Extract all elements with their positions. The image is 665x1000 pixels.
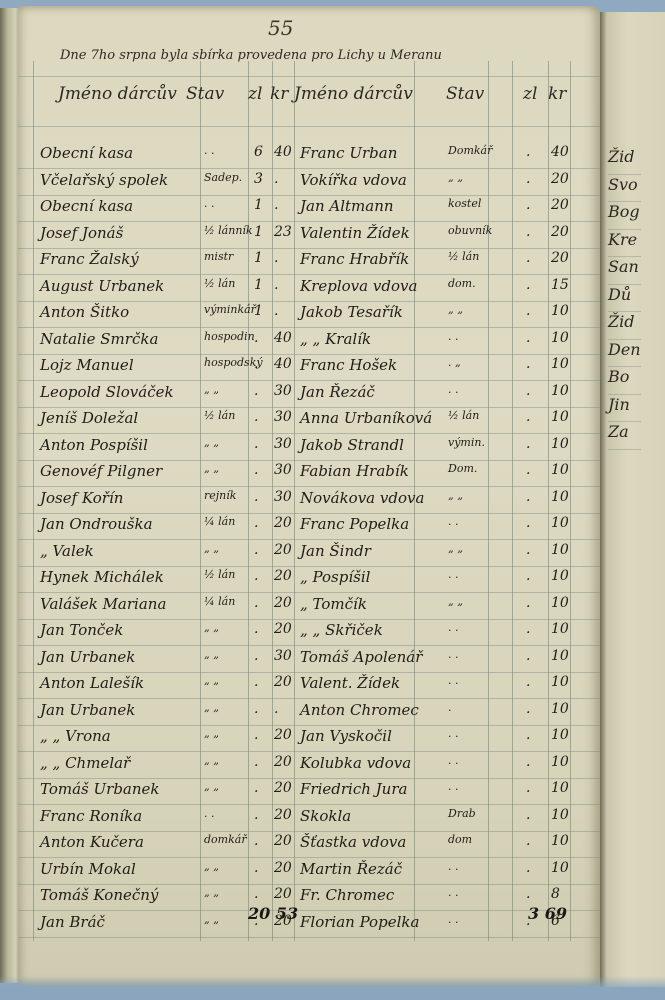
donor-name: Anton Kučera (40, 833, 144, 851)
amount-zl: . (254, 780, 258, 796)
donor-name: „ Pospíšil (300, 568, 370, 586)
donor-status: Domkář (448, 144, 492, 157)
donor-name: Anton Šitko (40, 303, 129, 321)
donor-status: Drab (448, 807, 476, 820)
amount-kr: 10 (551, 542, 569, 558)
amount-kr: . (274, 303, 278, 319)
amount-kr: 20 (274, 754, 292, 770)
donor-status: „ „ (448, 595, 463, 608)
donor-name: „ Valek (40, 542, 94, 560)
donor-name: „ „ Vrona (40, 727, 111, 745)
donor-name: Jakob Tesařík (300, 303, 403, 321)
amount-zl: . (254, 833, 258, 849)
donor-status: . . (448, 621, 459, 634)
donor-name: August Urbanek (40, 277, 164, 295)
amount-zl: . (254, 674, 258, 690)
donor-name: Jan Tonček (40, 621, 123, 639)
amount-zl: . (526, 515, 530, 531)
amount-kr: . (274, 250, 278, 266)
amount-zl: . (254, 727, 258, 743)
amount-kr: 20 (274, 833, 292, 849)
amount-zl: . (526, 436, 530, 452)
donor-status: „ „ (204, 727, 219, 740)
table-row: Jan Tonček„ „.20„ „ Skřiček. ..10 (18, 619, 600, 646)
background-shadow (0, 976, 665, 1000)
next-page-fragment: Den (608, 340, 641, 368)
amount-zl: 6 (254, 144, 263, 160)
amount-kr: 20 (274, 780, 292, 796)
row-rule (18, 937, 600, 938)
amount-kr: 30 (274, 436, 292, 452)
table-row: Leopold Slováček„ „.30Jan Řezáč. ..10 (18, 381, 600, 408)
donor-name: Jan Bráč (40, 913, 105, 931)
amount-zl: . (526, 356, 530, 372)
table-row: Valášek Mariana¼ lán.20„ Tomčík„ „.10 (18, 593, 600, 620)
donor-name: Skokla (300, 807, 351, 825)
donor-name: Jan Urbanek (40, 648, 135, 666)
amount-kr: 10 (551, 356, 569, 372)
donor-name: Friedrich Jura (300, 780, 407, 798)
donor-status: Sadep. (204, 171, 242, 184)
next-page-fragment: San (608, 257, 641, 285)
amount-kr: . (274, 701, 278, 717)
donor-name: Včelařský spolek (40, 171, 168, 189)
amount-zl: . (526, 860, 530, 876)
donor-name: Kreplova vdova (300, 277, 417, 295)
amount-zl: . (254, 515, 258, 531)
table-row: „ Valek„ „.20Jan Šindr„ „.10 (18, 540, 600, 567)
donor-name: Josef Kořín (40, 489, 123, 507)
donor-name: Jan Ondrouška (40, 515, 153, 533)
amount-zl: 1 (254, 224, 263, 240)
table-row: Obecní kasa. .1.Jan Altmannkostel.20 (18, 195, 600, 222)
amount-kr: 10 (551, 303, 569, 319)
donor-status: . . (204, 197, 215, 210)
donor-name: Jan Urbanek (40, 701, 135, 719)
amount-zl: . (526, 780, 530, 796)
donor-name: Natalie Smrčka (40, 330, 158, 348)
amount-zl: . (254, 330, 258, 346)
donor-name: Anton Lalešík (40, 674, 144, 692)
amount-zl: . (526, 727, 530, 743)
donor-name: Hynek Michálek (40, 568, 164, 586)
next-page-fragment: Kre (608, 230, 641, 258)
donor-status: „ „ (204, 860, 219, 873)
amount-zl: . (526, 674, 530, 690)
amount-zl: . (254, 754, 258, 770)
donor-status: ½ lán (448, 409, 479, 422)
donor-name: Valent. Žídek (300, 674, 400, 692)
donor-name: Jan Řezáč (300, 383, 375, 401)
amount-zl: . (254, 409, 258, 425)
donor-name: Lojz Manuel (40, 356, 134, 374)
amount-kr: 10 (551, 674, 569, 690)
table-row: Josef Jonáš½ lánník123Valentin Žídekobuv… (18, 222, 600, 249)
amount-kr: 20 (274, 568, 292, 584)
amount-zl: . (526, 701, 530, 717)
donor-status: ¼ lán (204, 595, 235, 608)
next-page-fragment: Dů (608, 285, 641, 313)
donor-name: „ Tomčík (300, 595, 367, 613)
amount-kr: 10 (551, 568, 569, 584)
donor-name: Fabian Hrabík (300, 462, 409, 480)
donor-name: Tomáš Apolenář (300, 648, 422, 666)
table-row: Franc Žalskýmistr1.Franc Hrabřík½ lán.20 (18, 248, 600, 275)
amount-kr: 20 (274, 674, 292, 690)
donor-status: výmin. (448, 436, 485, 449)
amount-kr: 10 (551, 833, 569, 849)
donor-name: Anton Chromec (300, 701, 419, 719)
amount-kr: 20 (551, 171, 569, 187)
amount-zl: . (526, 383, 530, 399)
donor-name: Franc Urban (300, 144, 397, 162)
amount-zl: . (526, 833, 530, 849)
donor-status: dom. (448, 277, 476, 290)
header-right-kr: kr (548, 84, 566, 104)
amount-zl: . (254, 568, 258, 584)
donor-status: hospodin (204, 330, 255, 343)
donor-name: Valášek Mariana (40, 595, 166, 613)
amount-kr: 30 (274, 489, 292, 505)
table-row: Genovéf Pilgner„ „.30Fabian HrabíkDom..1… (18, 460, 600, 487)
amount-kr: 20 (274, 542, 292, 558)
donor-name: Obecní kasa (40, 144, 133, 162)
amount-kr: 40 (551, 144, 569, 160)
donor-status: . . (448, 860, 459, 873)
donor-status: . . (204, 144, 215, 157)
amount-kr: 20 (274, 886, 292, 902)
donor-name: Florian Popelka (300, 913, 419, 931)
donor-status: . . (448, 515, 459, 528)
table-row: „ „ Chmelař„ „.20Kolubka vdova. ..10 (18, 752, 600, 779)
next-page-fragments: ŽidSvoBogKreSanDůŽidDenBoJinZa (608, 147, 641, 450)
donor-status: „ „ (204, 701, 219, 714)
donor-status: mistr (204, 250, 233, 263)
total-right: 3 69 (528, 904, 567, 923)
donor-status: „ „ (204, 462, 219, 475)
table-row: Natalie Smrčkahospodin.40„ „ Kralík. ..1… (18, 328, 600, 355)
amount-zl: . (526, 595, 530, 611)
next-page-edge: ŽidSvoBogKreSanDůŽidDenBoJinZa (600, 12, 665, 987)
page-heading: Dne 7ho srpna byla sbírka provedena pro … (60, 48, 580, 63)
table-row: Obecní kasa. .640Franc UrbanDomkář.40 (18, 142, 600, 169)
donor-name: Jakob Strandl (300, 436, 404, 454)
table-row: Anton Kučeradomkář.20Šťastka vdovadom.10 (18, 831, 600, 858)
amount-kr: 15 (551, 277, 569, 293)
donor-status: „ „ (204, 383, 219, 396)
donor-name: Genovéf Pilgner (40, 462, 162, 480)
amount-kr: 30 (274, 648, 292, 664)
table-row: Anton Pospíšil„ „.30Jakob Strandlvýmin..… (18, 434, 600, 461)
donor-status: . . (448, 886, 459, 899)
donor-name: Martin Řezáč (300, 860, 402, 878)
next-page-fragment: Bog (608, 202, 641, 230)
donor-name: Tomáš Konečný (40, 886, 158, 904)
amount-kr: 30 (274, 462, 292, 478)
amount-kr: 10 (551, 436, 569, 452)
amount-zl: 1 (254, 250, 263, 266)
donor-status: „ „ (448, 303, 463, 316)
amount-kr: 10 (551, 701, 569, 717)
amount-kr: 10 (551, 754, 569, 770)
donor-name: Novákova vdova (300, 489, 424, 507)
donor-status: . . (204, 807, 215, 820)
donor-status: „ „ (204, 542, 219, 555)
donor-status: „ „ (448, 171, 463, 184)
table-row: Jan Ondrouška¼ lán.20Franc Popelka. ..10 (18, 513, 600, 540)
donor-status: „ „ (448, 542, 463, 555)
donor-name: Franc Žalský (40, 250, 139, 268)
amount-zl: . (254, 701, 258, 717)
donor-status: domkář (204, 833, 247, 846)
amount-zl: . (526, 489, 530, 505)
donor-status: . . (448, 754, 459, 767)
donor-name: Urbín Mokal (40, 860, 136, 878)
amount-kr: 20 (274, 727, 292, 743)
donor-name: Šťastka vdova (300, 833, 406, 851)
amount-zl: . (526, 542, 530, 558)
donor-status: kostel (448, 197, 481, 210)
amount-zl: . (526, 886, 530, 902)
amount-zl: . (526, 568, 530, 584)
table-row: Urbín Mokal„ „.20Martin Řezáč. ..10 (18, 858, 600, 885)
amount-zl: . (526, 144, 530, 160)
amount-zl: . (526, 224, 530, 240)
table-row: Tomáš Urbanek„ „.20Friedrich Jura. ..10 (18, 778, 600, 805)
amount-kr: 40 (274, 356, 292, 372)
donor-status: . „ (448, 356, 461, 369)
amount-zl: . (254, 489, 258, 505)
amount-zl: . (254, 621, 258, 637)
amount-kr: . (274, 197, 278, 213)
table-row: Anton Šitkovýminkář1.Jakob Tesařík„ „.10 (18, 301, 600, 328)
amount-kr: 10 (551, 595, 569, 611)
donor-status: ½ lán (204, 568, 235, 581)
amount-zl: . (526, 303, 530, 319)
donor-status: Dom. (448, 462, 477, 475)
donor-name: Jan Vyskočil (300, 727, 392, 745)
next-page-fragment: Svo (608, 175, 641, 203)
table-row: Anton Lalešík„ „.20Valent. Žídek. ..10 (18, 672, 600, 699)
donor-status: obuvník (448, 224, 492, 237)
amount-zl: 1 (254, 197, 263, 213)
amount-kr: 40 (274, 330, 292, 346)
amount-zl: . (254, 595, 258, 611)
next-page-fragment: Jin (608, 395, 641, 423)
donor-name: Jeníš Doležal (40, 409, 138, 427)
amount-kr: 10 (551, 462, 569, 478)
donor-name: Franc Roníka (40, 807, 142, 825)
next-page-fragment: Bo (608, 367, 641, 395)
header-right-name: Jméno dárcův (294, 84, 413, 104)
amount-kr: 30 (274, 409, 292, 425)
amount-kr: 10 (551, 727, 569, 743)
table-row: Jan Bráč„ „.20Florian Popelka. ..6 (18, 911, 600, 938)
ledger-rows: Obecní kasa. .640Franc UrbanDomkář.40Vče… (18, 142, 600, 937)
amount-zl: . (254, 436, 258, 452)
donor-status: . . (448, 330, 459, 343)
amount-kr: 20 (551, 250, 569, 266)
amount-kr: 10 (551, 807, 569, 823)
amount-zl: . (254, 542, 258, 558)
amount-kr: 10 (551, 330, 569, 346)
donor-status: . . (448, 568, 459, 581)
amount-kr: 20 (274, 515, 292, 531)
amount-kr: 20 (274, 860, 292, 876)
donor-name: Anna Urbaníková (300, 409, 432, 427)
donor-status: „ „ (204, 621, 219, 634)
amount-kr: . (274, 277, 278, 293)
amount-kr: 10 (551, 780, 569, 796)
donor-status: dom (448, 833, 472, 846)
donor-name: Jan Altmann (300, 197, 394, 215)
donor-status: výminkář (204, 303, 256, 316)
amount-kr: 20 (551, 197, 569, 213)
next-page-fragment: Žid (608, 147, 641, 175)
donor-status: „ „ (204, 913, 219, 926)
amount-zl: . (526, 250, 530, 266)
donor-status: rejník (204, 489, 236, 502)
amount-zl: . (254, 356, 258, 372)
amount-kr: . (274, 171, 278, 187)
column-headers: Jméno dárcův Stav zl kr Jméno dárcův Sta… (18, 84, 600, 124)
donor-status: „ „ (204, 674, 219, 687)
header-left-kr: kr (270, 84, 288, 104)
amount-zl: . (526, 171, 530, 187)
donor-name: „ „ Chmelař (40, 754, 130, 772)
donor-status: . . (448, 648, 459, 661)
donor-status: . (448, 701, 452, 714)
donor-status: ½ lán (204, 277, 235, 290)
donor-status: ½ lán (448, 250, 479, 263)
donor-name: Franc Hrabřík (300, 250, 409, 268)
table-row: Tomáš Konečný„ „.20Fr. Chromec. ..8 (18, 884, 600, 911)
header-left-zl: zl (248, 84, 262, 104)
amount-zl: . (254, 860, 258, 876)
table-row: „ „ Vrona„ „.20Jan Vyskočil. ..10 (18, 725, 600, 752)
amount-zl: . (526, 330, 530, 346)
table-row: Josef Kořínrejník.30Novákova vdova„ „.10 (18, 487, 600, 514)
donor-status: . . (448, 780, 459, 793)
amount-kr: 8 (551, 886, 560, 902)
donor-status: . . (448, 727, 459, 740)
amount-zl: . (526, 648, 530, 664)
header-left-stav: Stav (186, 84, 224, 104)
amount-kr: 10 (551, 489, 569, 505)
donor-name: Obecní kasa (40, 197, 133, 215)
donor-name: Franc Hošek (300, 356, 397, 374)
amount-kr: 10 (551, 648, 569, 664)
total-left: 20 53 (248, 904, 298, 923)
amount-kr: 10 (551, 383, 569, 399)
donor-status: . . (448, 913, 459, 926)
table-row: Franc Roníka. ..20SkoklaDrab.10 (18, 805, 600, 832)
donor-name: „ „ Kralík (300, 330, 371, 348)
donor-name: Jan Šindr (300, 542, 371, 560)
donor-status: „ „ (448, 489, 463, 502)
amount-zl: 3 (254, 171, 263, 187)
amount-kr: 20 (551, 224, 569, 240)
donor-status: „ „ (204, 886, 219, 899)
amount-zl: . (254, 383, 258, 399)
table-row: Jan Urbanek„ „.30Tomáš Apolenář. ..10 (18, 646, 600, 673)
donor-status: . . (448, 674, 459, 687)
table-row: August Urbanek½ lán1.Kreplova vdovadom..… (18, 275, 600, 302)
header-right-stav: Stav (446, 84, 484, 104)
amount-kr: 40 (274, 144, 292, 160)
amount-kr: 20 (274, 621, 292, 637)
donor-name: Franc Popelka (300, 515, 409, 533)
amount-zl: . (526, 621, 530, 637)
table-row: Jeníš Doležal½ lán.30Anna Urbaníková½ lá… (18, 407, 600, 434)
table-row: Hynek Michálek½ lán.20„ Pospíšil. ..10 (18, 566, 600, 593)
table-row: Lojz Manuelhospodský.40Franc Hošek. „.10 (18, 354, 600, 381)
amount-zl: 1 (254, 303, 263, 319)
amount-kr: 10 (551, 621, 569, 637)
donor-name: Valentin Žídek (300, 224, 410, 242)
next-page-fragment: Za (608, 422, 641, 450)
amount-kr: 20 (274, 595, 292, 611)
amount-zl: . (526, 409, 530, 425)
amount-kr: 20 (274, 807, 292, 823)
table-row: Včelařský spolekSadep.3.Vokířka vdova„ „… (18, 169, 600, 196)
donor-status: ½ lánník (204, 224, 253, 237)
donor-status: ½ lán (204, 409, 235, 422)
donor-status: „ „ (204, 436, 219, 449)
donor-name: Tomáš Urbanek (40, 780, 160, 798)
donor-status: „ „ (204, 780, 219, 793)
amount-zl: . (254, 807, 258, 823)
amount-zl: . (526, 807, 530, 823)
header-left-name: Jméno dárcův (58, 84, 177, 104)
amount-kr: 10 (551, 409, 569, 425)
donor-name: Anton Pospíšil (40, 436, 148, 454)
table-row: Jan Urbanek„ „..Anton Chromec..10 (18, 699, 600, 726)
donor-status: „ „ (204, 754, 219, 767)
amount-zl: . (526, 462, 530, 478)
donor-status: ¼ lán (204, 515, 235, 528)
donor-name: Kolubka vdova (300, 754, 411, 772)
ledger-page: 55 Dne 7ho srpna byla sbírka provedena p… (18, 6, 600, 986)
amount-zl: 1 (254, 277, 263, 293)
donor-name: Vokířka vdova (300, 171, 407, 189)
amount-zl: . (254, 648, 258, 664)
donor-status: . . (448, 383, 459, 396)
header-right-zl: zl (523, 84, 537, 104)
next-page-fragment: Žid (608, 312, 641, 340)
amount-zl: . (254, 462, 258, 478)
donor-name: Josef Jonáš (40, 224, 123, 242)
page-number: 55 (268, 16, 293, 40)
amount-zl: . (526, 754, 530, 770)
amount-kr: 30 (274, 383, 292, 399)
donor-name: Leopold Slováček (40, 383, 174, 401)
amount-kr: 10 (551, 860, 569, 876)
amount-zl: . (526, 197, 530, 213)
amount-kr: 23 (274, 224, 292, 240)
amount-zl: . (526, 277, 530, 293)
amount-zl: . (254, 886, 258, 902)
donor-name: „ „ Skřiček (300, 621, 383, 639)
donor-name: Fr. Chromec (300, 886, 394, 904)
amount-kr: 10 (551, 515, 569, 531)
donor-status: „ „ (204, 648, 219, 661)
